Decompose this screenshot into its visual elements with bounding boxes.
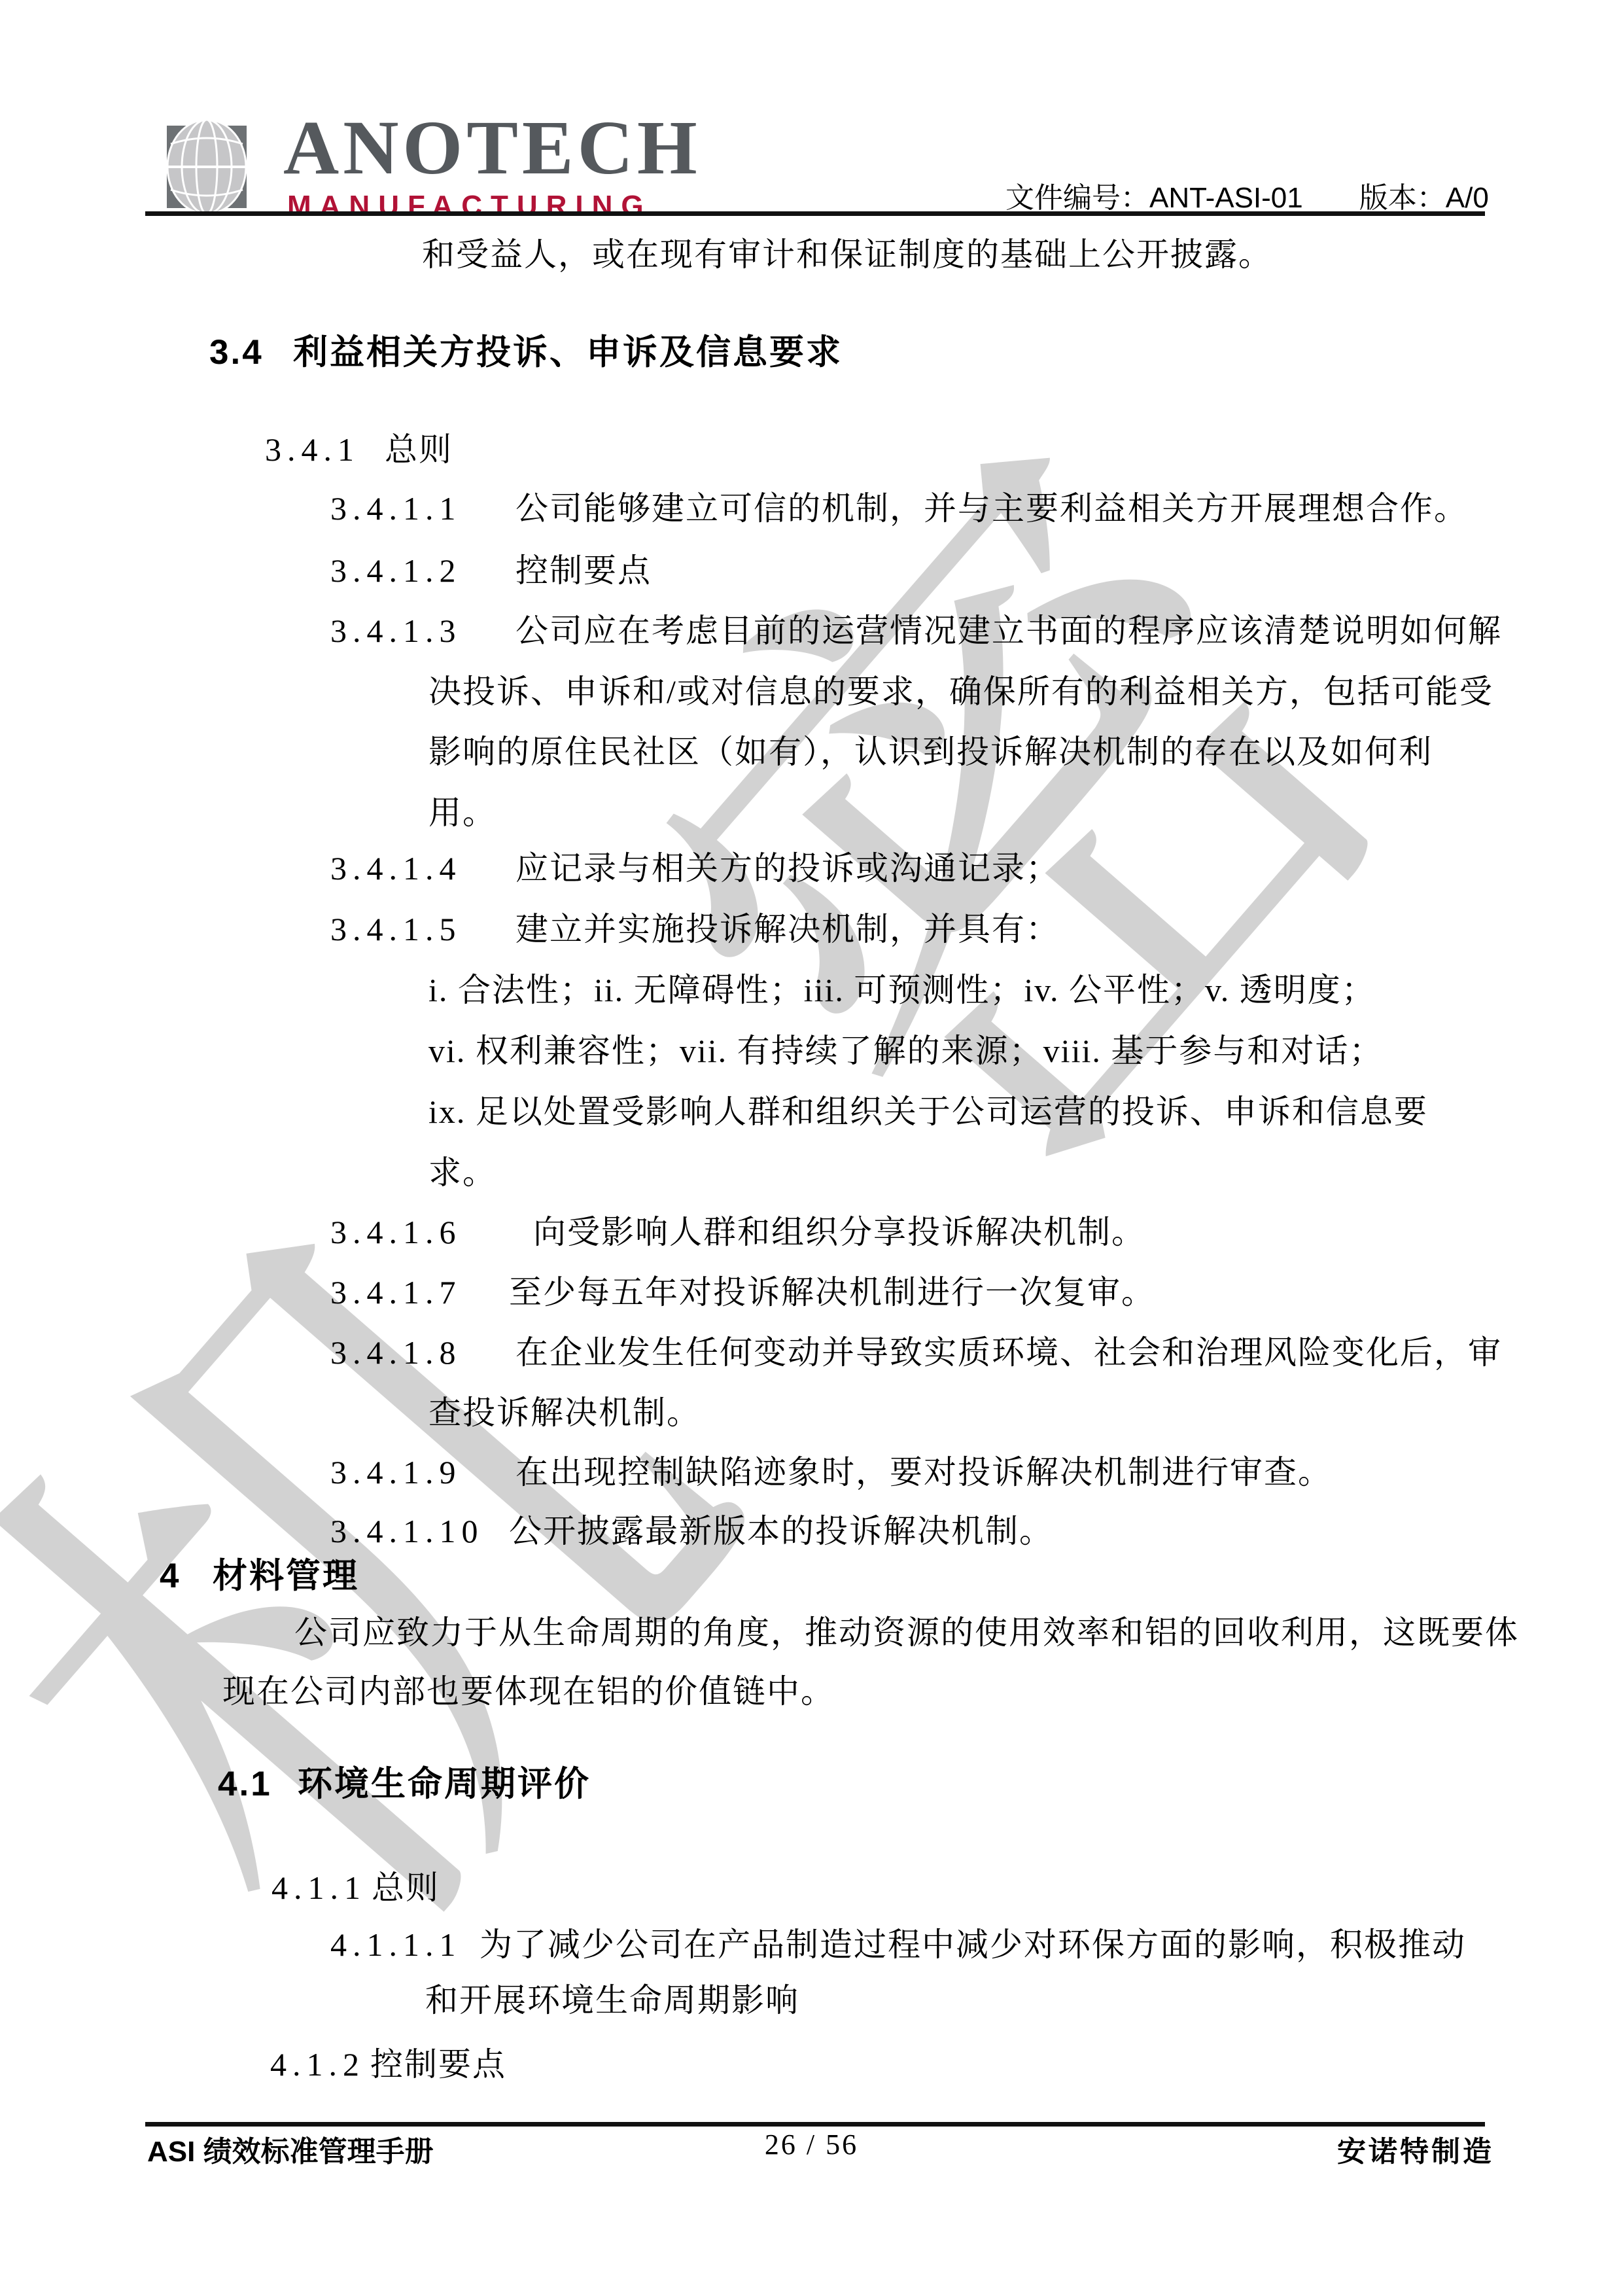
text-line: 公开披露最新版本的投诉解决机制。	[509, 1513, 1053, 1549]
section-heading: 材料管理	[213, 1557, 359, 1595]
text-line: 现在公司内部也要体现在铝的价值链中。	[222, 1674, 835, 1710]
clause-number: 4.1.1.1	[330, 1927, 462, 1963]
footer-company-name: 安诺特制造	[1337, 2128, 1494, 2170]
text-line: 查投诉解决机制。	[428, 1395, 701, 1431]
text-line: i. 合法性；ii. 无障碍性；iii. 可预测性；iv. 公平性；v. 透明度…	[428, 972, 1376, 1008]
section-heading: 4.1	[218, 1765, 272, 1803]
text-line: 至少每五年对投诉解决机制进行一次复审。	[509, 1275, 1155, 1311]
clause-number: 3.4.1.9	[330, 1455, 462, 1491]
text-line: 用。	[428, 795, 497, 831]
text-line: 应记录与相关方的投诉或沟通记录；	[515, 851, 1060, 887]
text-line: 公司能够建立可信的机制，并与主要利益相关方开展理想合作。	[515, 491, 1468, 527]
section-heading: 4	[160, 1557, 181, 1595]
clause-number: 3.4.1.10	[330, 1513, 484, 1549]
clause-number: 3.4.1	[265, 432, 360, 468]
text-line: 公司应在考虑目前的运营情况建立书面的程序应该清楚说明如何解	[515, 613, 1502, 649]
text-line: 影响的原住民社区（如有），认识到投诉解决机制的存在以及如何利	[428, 734, 1433, 770]
text-line: 和受益人，或在现有审计和保证制度的基础上公开披露。	[422, 237, 1272, 273]
clause-number: 3.4.1.1	[330, 491, 462, 527]
clause-number: 3.4.1.6	[330, 1214, 462, 1250]
section-heading: 利益相关方投诉、申诉及信息要求	[293, 334, 843, 372]
section-heading: 环境生命周期评价	[298, 1765, 591, 1803]
document-body: 和受益人，或在现有审计和保证制度的基础上公开披露。3.4利益相关方投诉、申诉及信…	[0, 0, 1623, 2296]
clause-number: 3.4.1.5	[330, 911, 462, 947]
text-line: 在出现控制缺陷迹象时，要对投诉解决机制进行审查。	[515, 1455, 1332, 1491]
text-line: 求。	[428, 1155, 497, 1191]
text-line: 为了减少公司在产品制造过程中减少对环保方面的影响，积极推动	[480, 1927, 1466, 1963]
clause-number: 3.4.1.8	[330, 1335, 462, 1371]
section-heading: 3.4	[209, 334, 264, 372]
text-line: ix. 足以处置受影响人群和组织关于公司运营的投诉、申诉和信息要	[428, 1094, 1428, 1130]
text-line: 总则	[385, 432, 453, 468]
text-line: 建立并实施投诉解决机制，并具有：	[515, 911, 1060, 947]
clause-number: 4.1.2	[270, 2047, 365, 2083]
text-line: 控制要点	[515, 553, 652, 589]
clause-number: 3.4.1.4	[330, 851, 462, 887]
text-line: 总则	[372, 1870, 440, 1906]
text-line: 在企业发生任何变动并导致实质环境、社会和治理风险变化后，审	[515, 1335, 1502, 1371]
text-line: 决投诉、申诉和/或对信息的要求，确保所有的利益相关方，包括可能受	[428, 674, 1493, 710]
text-line: 公司应致力于从生命周期的角度，推动资源的使用效率和铝的回收利用，这既要体	[294, 1615, 1519, 1651]
clause-number: 3.4.1.7	[330, 1275, 462, 1311]
text-line: 控制要点	[370, 2047, 506, 2083]
clause-number: 3.4.1.3	[330, 613, 462, 649]
text-line: 和开展环境生命周期影响	[425, 1983, 799, 2019]
clause-number: 3.4.1.2	[330, 553, 462, 589]
text-line: vi. 权利兼容性；vii. 有持续了解的来源；viii. 基于参与和对话；	[428, 1033, 1383, 1069]
document-page: 机密 ANOTECH MANUFACTURING 文件编号：ANT-ASI-01…	[0, 0, 1623, 2296]
clause-number: 4.1.1	[271, 1870, 366, 1906]
text-line: 向受影响人群和组织分享投诉解决机制。	[533, 1214, 1145, 1250]
page-footer: ASI 绩效标准管理手册 26 / 56 安诺特制造	[0, 2128, 1623, 2167]
